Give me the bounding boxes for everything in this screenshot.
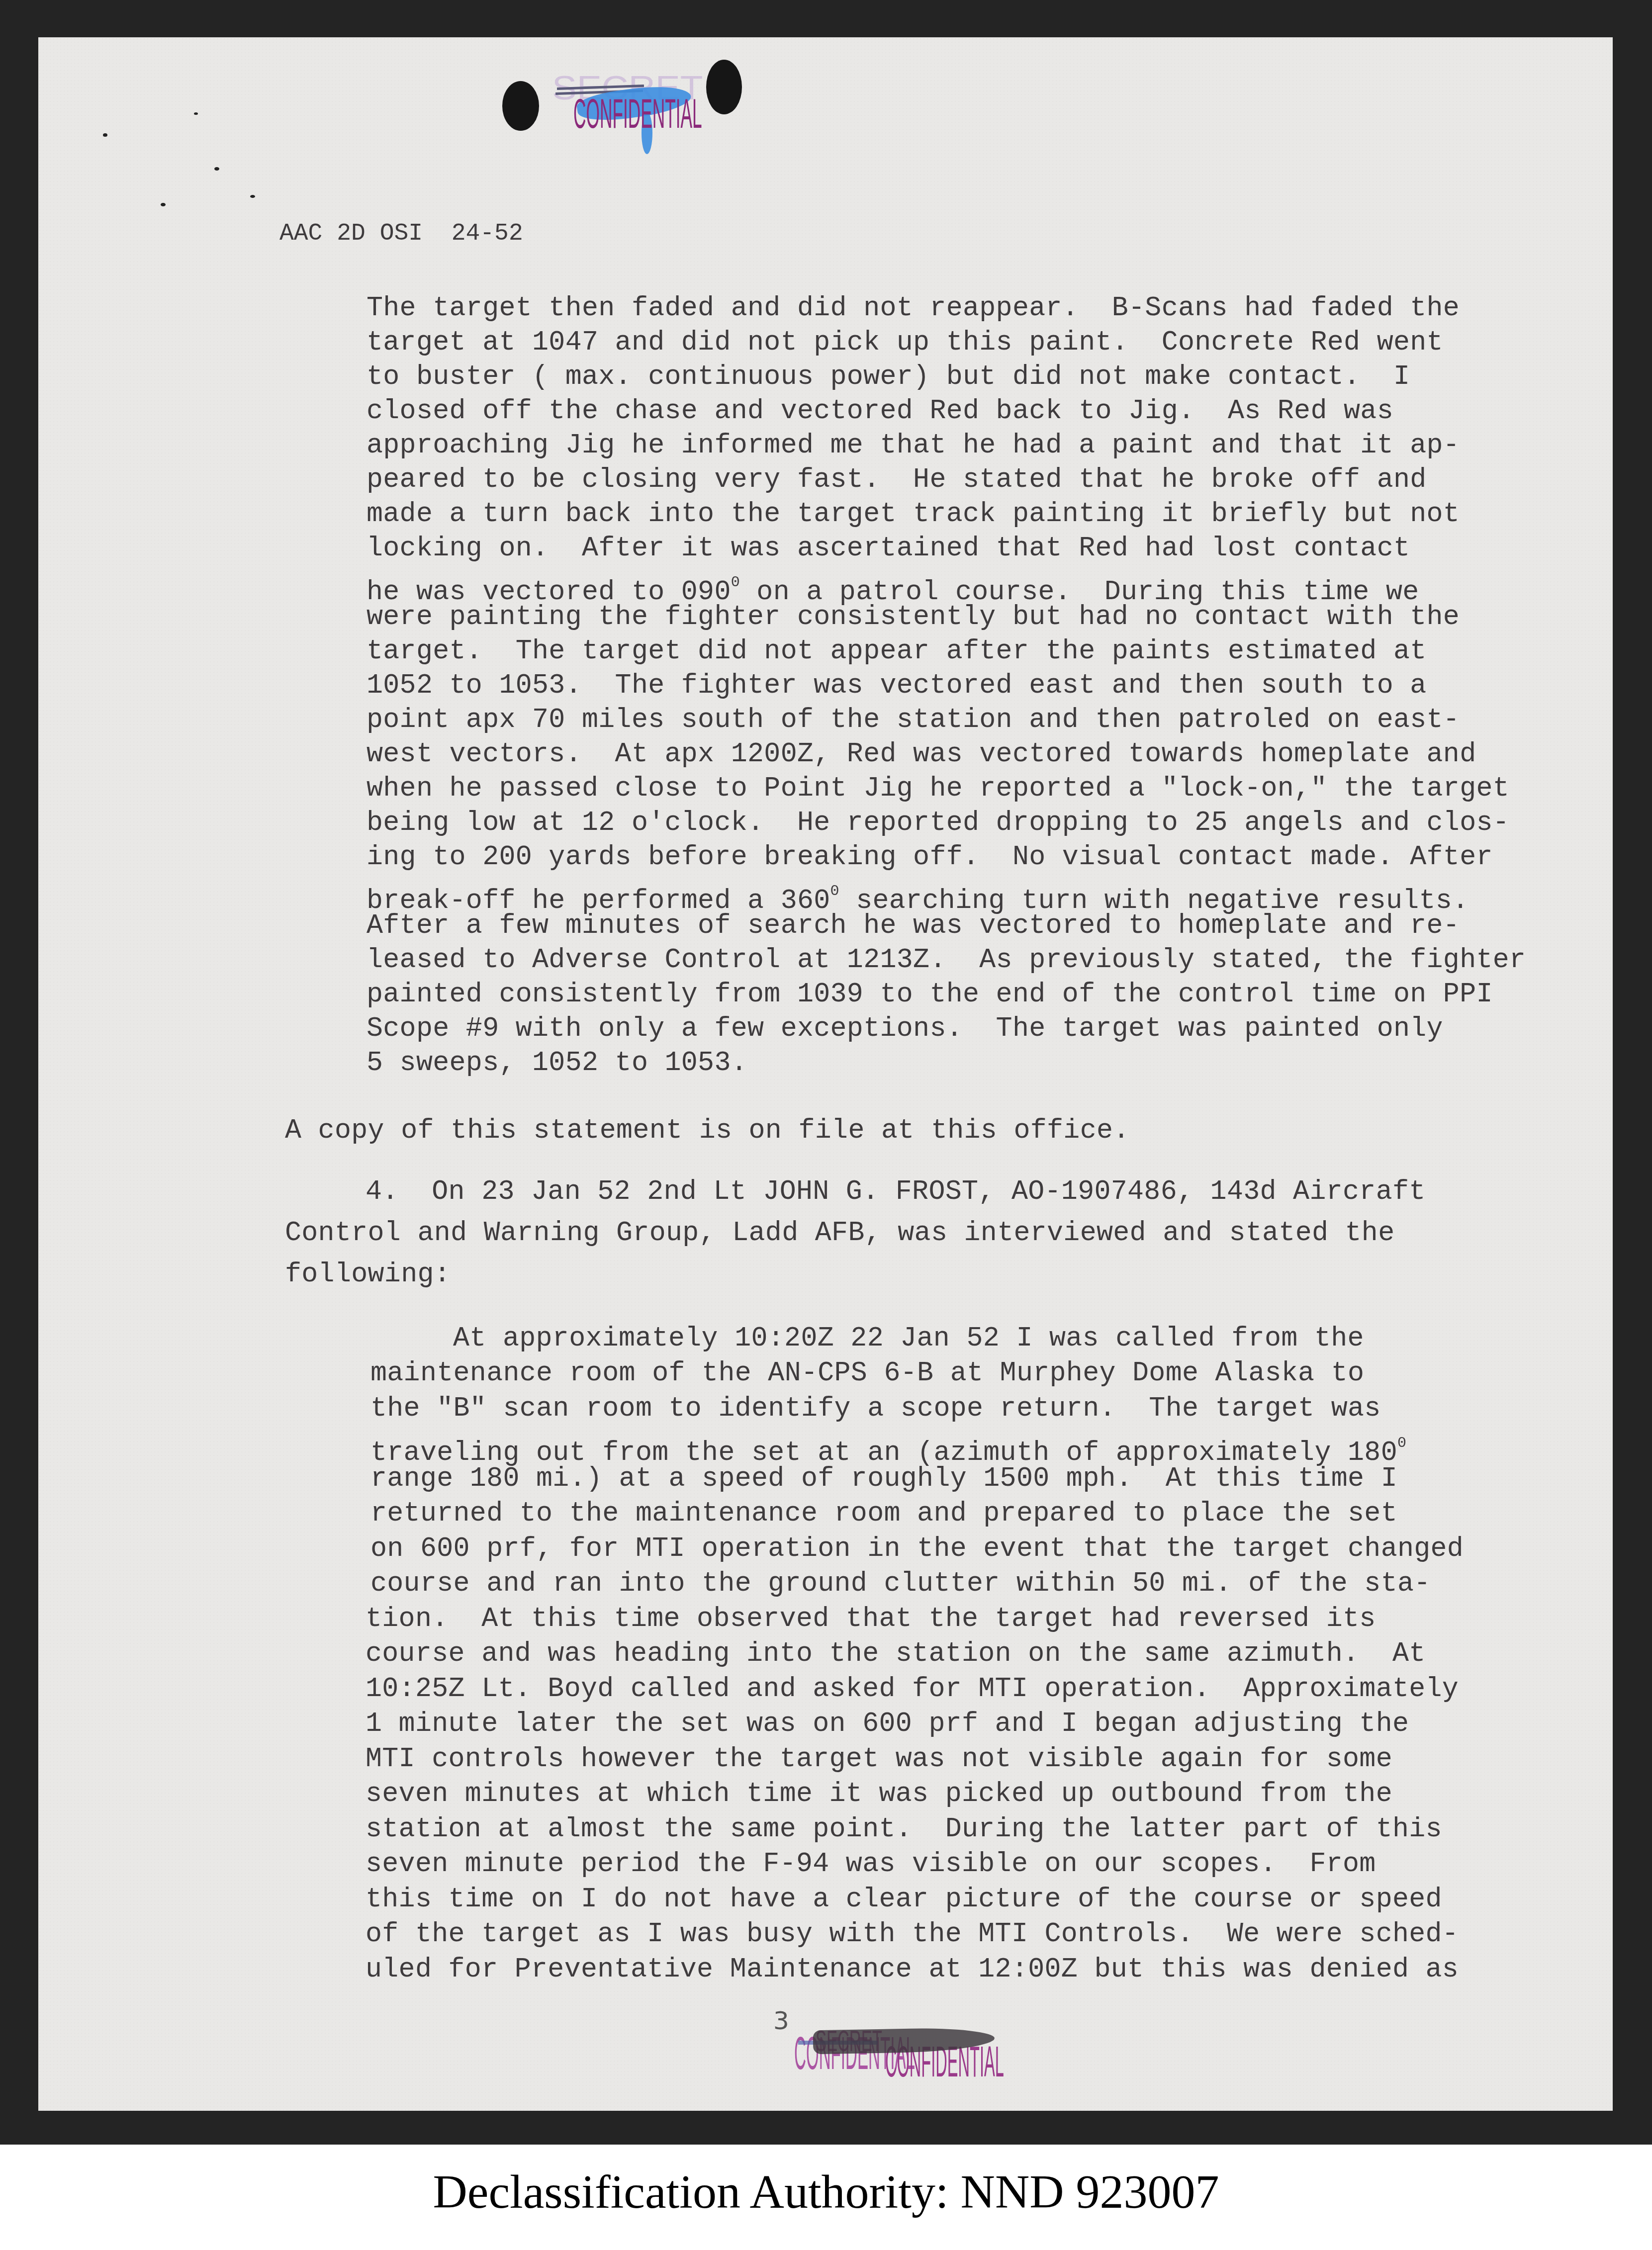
text-line: traveling out from the set at an (azimut… [370, 1429, 1406, 1468]
text-line: range 180 mi.) at a speed of roughly 150… [370, 1464, 1397, 1494]
degree-superscript: 0 [731, 574, 740, 591]
text-line: After a few minutes of search he was vec… [367, 911, 1460, 941]
confidential-stamp-top: CONFIDENTIAL [573, 90, 702, 138]
speck [250, 195, 255, 198]
text-line: were painting the fighter consistently b… [367, 602, 1460, 632]
text-line: to buster ( max. continuous power) but d… [367, 362, 1410, 392]
declassification-caption: Declassification Authority: NND 923007 [0, 2164, 1652, 2219]
speck [103, 133, 107, 137]
punch-hole-right [706, 60, 742, 114]
text-line: MTI controls however the target was not … [366, 1744, 1392, 1774]
text-line: At approximately 10:20Z 22 Jan 52 I was … [453, 1324, 1364, 1353]
text-line: course and was heading into the station … [366, 1639, 1426, 1669]
text-line: 1 minute later the set was on 600 prf an… [366, 1709, 1409, 1739]
text-line: uled for Preventative Maintenance at 12:… [366, 1955, 1459, 1984]
speck [194, 112, 198, 115]
text-line: made a turn back into the target track p… [367, 499, 1460, 529]
text-line: of the target as I was busy with the MTI… [366, 1919, 1459, 1949]
text-line: Scope #9 with only a few exceptions. The… [367, 1014, 1443, 1044]
text-line: The target then faded and did not reappe… [367, 293, 1460, 323]
text-line: being low at 12 o'clock. He reported dro… [367, 808, 1509, 838]
text-line: approaching Jig he informed me that he h… [367, 431, 1460, 460]
text-line: the "B" scan room to identify a scope re… [370, 1394, 1381, 1424]
punch-hole-left [502, 81, 539, 131]
text-line: painted consistently from 1039 to the en… [367, 980, 1493, 1009]
file-reference: AAC 2D OSI 24-52 [279, 219, 523, 249]
text-line: point apx 70 miles south of the station … [367, 705, 1460, 735]
text-line: tion. At this time observed that the tar… [366, 1604, 1376, 1634]
text-line: target at 1047 and did not pick up this … [367, 328, 1443, 358]
text-line: Control and Warning Group, Ladd AFB, was… [285, 1218, 1394, 1248]
text-line: maintenance room of the AN-CPS 6-B at Mu… [370, 1358, 1364, 1388]
text-line: closed off the chase and vectored Red ba… [367, 396, 1393, 426]
degree-superscript: 0 [1397, 1435, 1406, 1452]
text-line: 10:25Z Lt. Boyd called and asked for MTI… [366, 1674, 1459, 1704]
page-number: 3 [773, 2006, 789, 2035]
text-line: 4. On 23 Jan 52 2nd Lt JOHN G. FROST, AO… [366, 1177, 1426, 1207]
text-line: west vectors. At apx 1200Z, Red was vect… [367, 739, 1476, 769]
text-line: on 600 prf, for MTI operation in the eve… [370, 1534, 1464, 1564]
text-line: seven minute period the F-94 was visible… [366, 1849, 1376, 1879]
text-line: returned to the maintenance room and pre… [370, 1499, 1397, 1529]
text-line: when he passed close to Point Jig he rep… [367, 774, 1509, 804]
text-line: target. The target did not appear after … [367, 636, 1427, 666]
text-line: station at almost the same point. During… [366, 1814, 1442, 1844]
text-line: course and ran into the ground clutter w… [370, 1569, 1431, 1599]
degree-superscript: 0 [830, 883, 839, 900]
text-line: 5 sweeps, 1052 to 1053. [367, 1048, 747, 1078]
text-line: peared to be closing very fast. He state… [367, 465, 1427, 495]
text-line: ing to 200 yards before breaking off. No… [367, 842, 1493, 872]
text-line: seven minutes at which time it was picke… [366, 1779, 1392, 1809]
text-line: locking on. After it was ascertained tha… [367, 534, 1410, 563]
text-line: 1052 to 1053. The fighter was vectored e… [367, 671, 1427, 701]
text-line: leased to Adverse Control at 1213Z. As p… [367, 945, 1526, 975]
speck [161, 203, 166, 206]
text-line: following: [285, 1260, 451, 1289]
text-line: this time on I do not have a clear pictu… [366, 1885, 1442, 1914]
speck [214, 167, 219, 171]
copy-note: A copy of this statement is on file at t… [285, 1116, 1130, 1146]
